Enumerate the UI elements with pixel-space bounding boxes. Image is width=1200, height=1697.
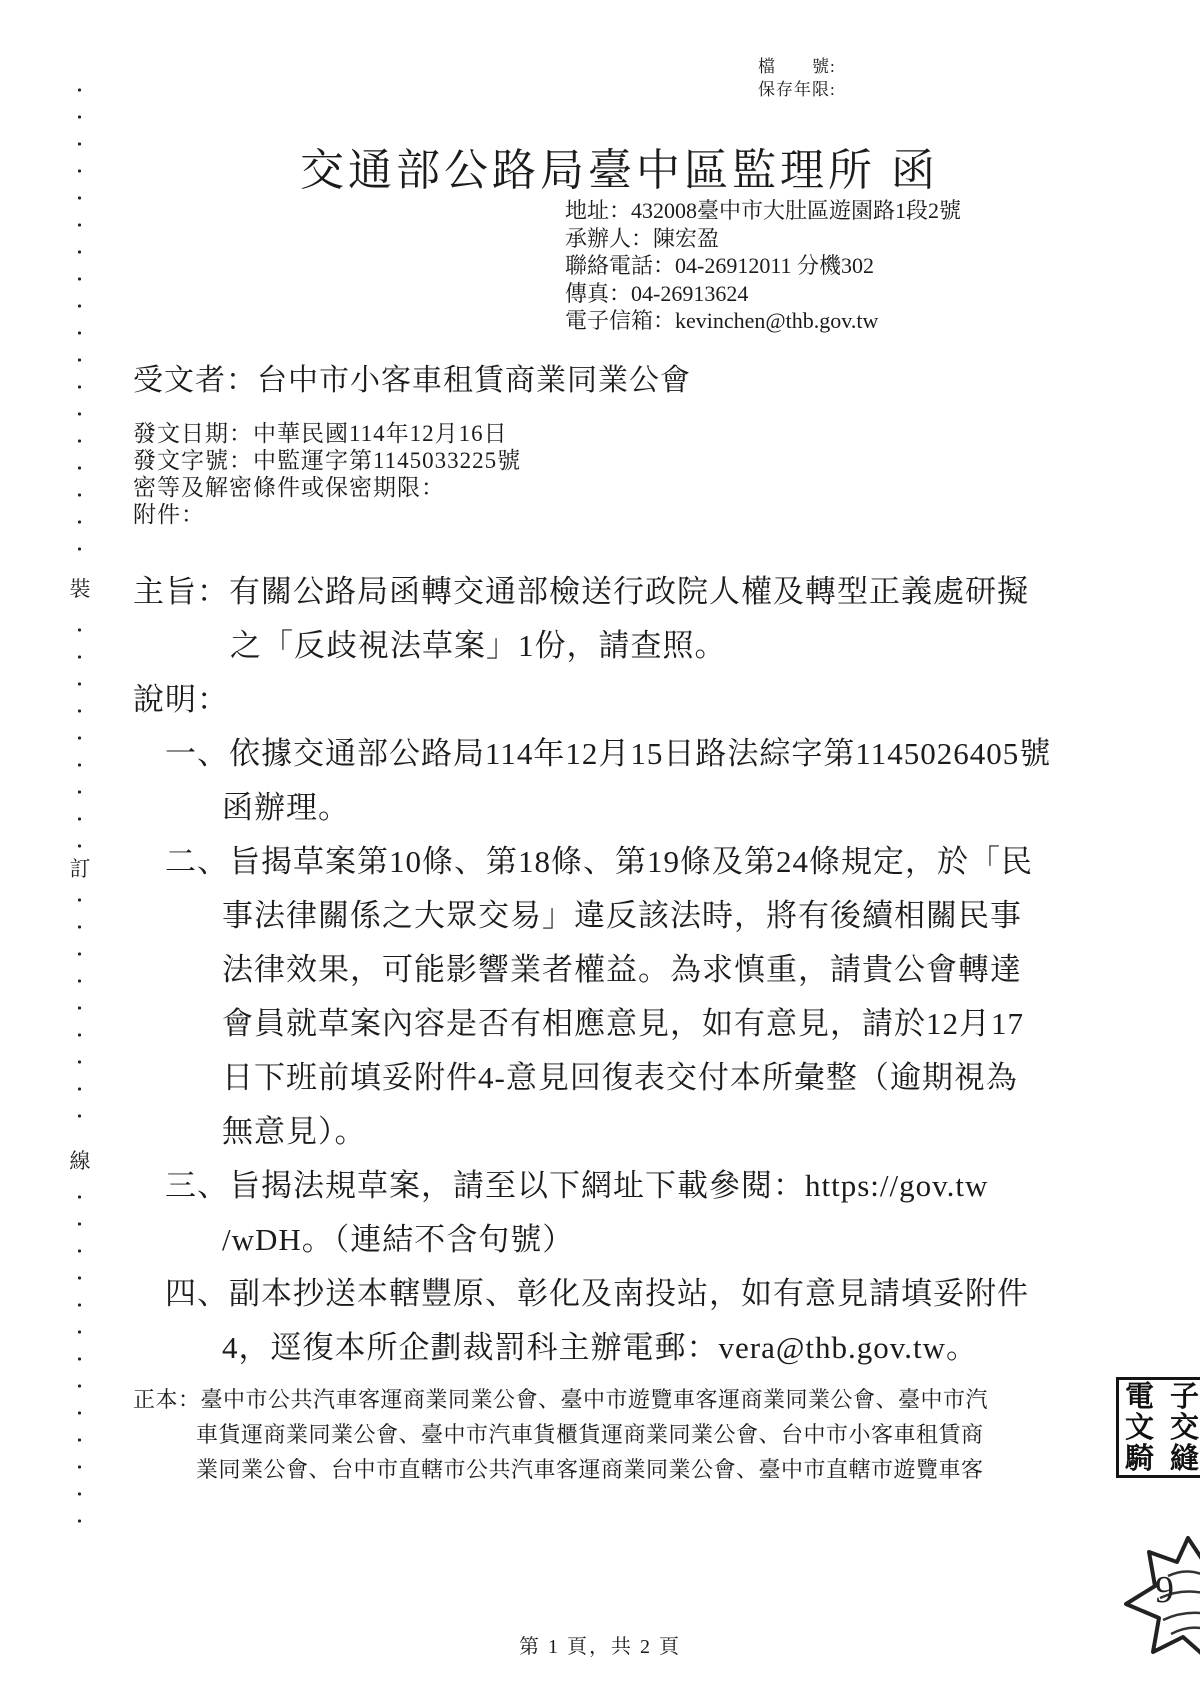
- subject-line: 之「反歧視法草案」1份，請查照。: [230, 620, 727, 665]
- star-seal: 9: [1113, 1528, 1200, 1678]
- seal-number: 9: [1155, 1569, 1174, 1611]
- file-number-label: 檔 號:: [758, 55, 836, 78]
- binding-mark-zhuang: 裝: [64, 568, 96, 608]
- item-text: 旨揭草案第10條、第18條、第19條及第24條規定，於「民: [229, 844, 1033, 879]
- document-title: 交通部公路局臺中區監理所 函: [300, 134, 939, 198]
- item-text: 旨揭法規草案，請至以下網址下載參閱：https://gov.tw: [229, 1168, 988, 1203]
- binding-dotted-line: [77, 86, 82, 1524]
- recipient-line: 受文者：台中市小客車租賃商業同業公會: [133, 355, 691, 399]
- subject-line: 主旨：有關公路局函轉交通部檢送行政院人權及轉型正義處研擬: [133, 566, 1029, 611]
- item-text: 依據交通部公路局114年12月15日路法綜字第1145026405號: [229, 736, 1051, 771]
- page-number: 第 1 頁，共 2 頁: [0, 1630, 1200, 1659]
- original-recipients-line: 車貨運商業同業公會、臺中市汽車貨櫃貨運商業同業公會、台中市小客車租賃商: [196, 1418, 984, 1449]
- document-page: 檔 號: 保存年限: 交通部公路局臺中區監理所 函 地址：432008臺中市大肚…: [0, 0, 1200, 1697]
- explanation-label: 說明：: [133, 674, 229, 719]
- item-number: 三、: [165, 1168, 229, 1203]
- list-item-line: 三、旨揭法規草案，請至以下網址下載參閱：https://gov.tw: [165, 1160, 988, 1205]
- list-item-line: 法律效果，可能影響業者權益。為求慎重，請貴公會轉達: [222, 944, 1022, 989]
- archive-labels: 檔 號: 保存年限:: [758, 55, 836, 101]
- retention-label: 保存年限:: [758, 78, 836, 101]
- list-item-line: /wDH。（連結不含句號）: [222, 1214, 574, 1259]
- list-item-line: 日下班前填妥附件4-意見回復表交付本所彙整（逾期視為: [222, 1052, 1018, 1097]
- list-item-line: 事法律關係之大眾交易」違反該法時，將有後續相關民事: [222, 890, 1022, 935]
- list-item-line: 會員就草案內容是否有相應意見，如有意見，請於12月17: [222, 998, 1024, 1043]
- list-item-line: 一、依據交通部公路局114年12月15日路法綜字第1145026405號: [165, 728, 1051, 773]
- list-item-line: 四、副本抄送本轄豐原、彰化及南投站，如有意見請填妥附件: [165, 1268, 1029, 1313]
- item-number: 一、: [165, 736, 229, 771]
- stamp-row: 文交: [1125, 1413, 1200, 1444]
- meta-block: 發文日期：中華民國114年12月16日 發文字號：中監運字第1145033225…: [133, 420, 521, 528]
- sender-contact-block: 地址：432008臺中市大肚區遊園路1段2號 承辦人：陳宏盈 聯絡電話：04-2…: [565, 197, 961, 335]
- sender-fax: 傳真：04-26913624: [565, 280, 961, 308]
- list-item-line: 無意見）。: [222, 1106, 367, 1151]
- sender-phone: 聯絡電話：04-26912011 分機302: [565, 252, 961, 280]
- binding-mark-xian: 線: [64, 1140, 96, 1180]
- item-number: 二、: [165, 844, 229, 879]
- list-item-line: 二、旨揭草案第10條、第18條、第19條及第24條規定，於「民: [165, 836, 1033, 881]
- sender-email: 電子信箱：kevinchen@thb.gov.tw: [565, 307, 961, 335]
- sender-address: 地址：432008臺中市大肚區遊園路1段2號: [565, 197, 961, 225]
- binding-mark-ding: 訂: [64, 848, 96, 888]
- attachment-label: 附件：: [133, 501, 521, 528]
- security-classification: 密等及解密條件或保密期限：: [133, 474, 521, 501]
- sender-contact-person: 承辦人：陳宏盈: [565, 225, 961, 253]
- list-item-line: 函辦理。: [222, 782, 350, 827]
- stamp-row: 騎縫: [1125, 1444, 1200, 1475]
- item-text: 副本抄送本轄豐原、彰化及南投站，如有意見請填妥附件: [229, 1276, 1029, 1311]
- stamp-row: 電子: [1125, 1382, 1200, 1413]
- original-recipients-line: 正本：臺中市公共汽車客運商業同業公會、臺中市遊覽車客運商業同業公會、臺中市汽: [133, 1383, 988, 1414]
- issue-date: 發文日期：中華民國114年12月16日: [133, 420, 521, 447]
- item-number: 四、: [165, 1276, 229, 1311]
- issue-number: 發文字號：中監運字第1145033225號: [133, 447, 521, 474]
- electronic-exchange-stamp: 電子 文交 騎縫: [1116, 1377, 1200, 1478]
- list-item-line: 4，逕復本所企劃裁罰科主辦電郵：vera@thb.gov.tw。: [222, 1322, 978, 1367]
- original-recipients-line: 業同業公會、台中市直轄市公共汽車客運商業同業公會、臺中市直轄市遊覽車客: [196, 1453, 984, 1484]
